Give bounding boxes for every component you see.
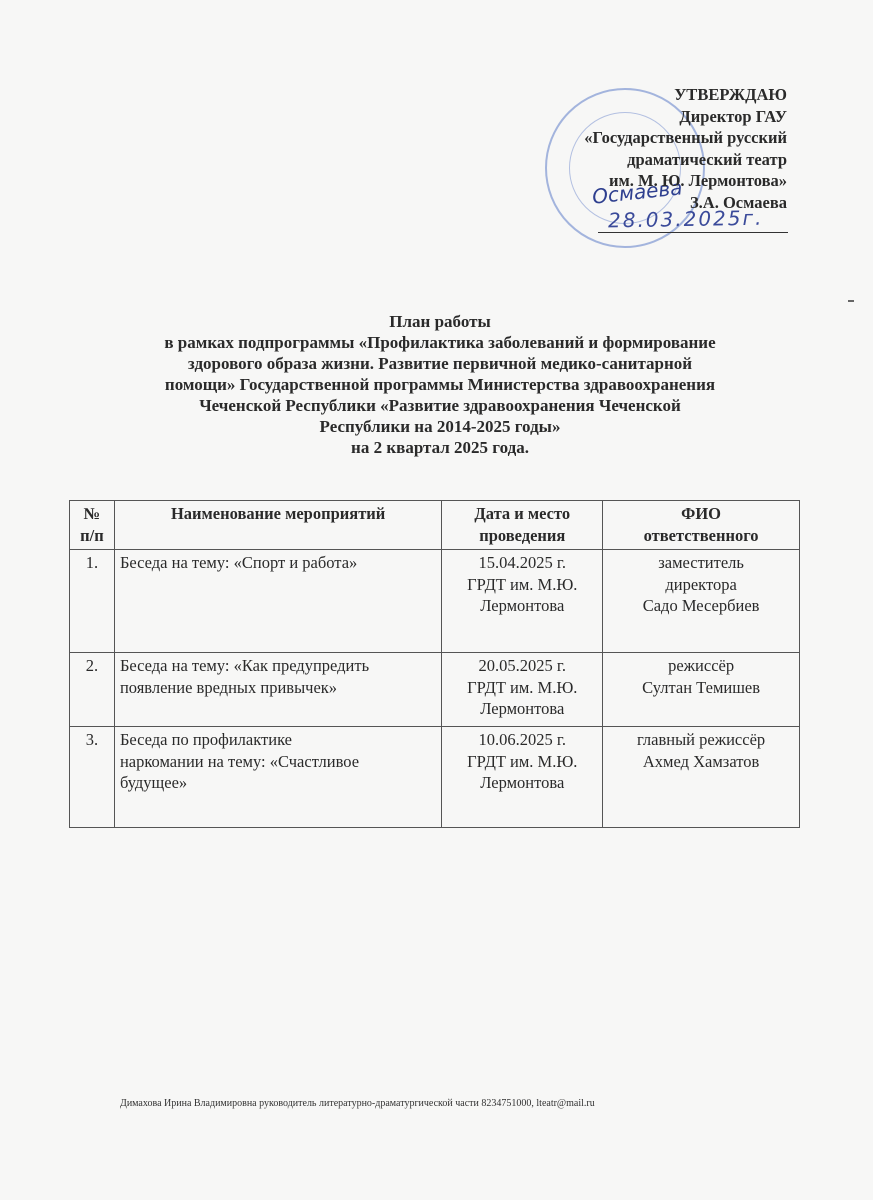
approval-position: Директор ГАУ (487, 106, 787, 128)
header-resp-line-2: ответственного (608, 525, 794, 547)
event-line: появление вредных привычек» (120, 677, 436, 699)
row-event: Беседа на тему: «Спорт и работа» (114, 550, 441, 653)
responsible-line: Султан Темишев (608, 677, 794, 699)
responsible-line: Садо Месербиев (608, 595, 794, 617)
event-line: будущее» (120, 772, 436, 794)
date-line: 20.05.2025 г. (447, 655, 597, 677)
plan-table: № п/п Наименование мероприятий Дата и ме… (69, 500, 800, 828)
place-line: ГРДТ им. М.Ю. (447, 677, 597, 699)
title-line-6: Республики на 2014-2025 годы» (60, 416, 820, 437)
approval-block: УТВЕРЖДАЮ Директор ГАУ «Государственный … (487, 84, 787, 213)
title-line-2: в рамках подпрограммы «Профилактика забо… (60, 332, 820, 353)
responsible-line: директора (608, 574, 794, 596)
title-line-7: на 2 квартал 2025 года. (60, 437, 820, 458)
row-number: 3. (70, 727, 115, 828)
row-responsible: заместитель директора Садо Месербиев (603, 550, 800, 653)
row-event: Беседа по профилактике наркомании на тем… (114, 727, 441, 828)
event-line: наркомании на тему: «Счастливое (120, 751, 436, 773)
place-line: Лермонтова (447, 772, 597, 794)
date-line: 15.04.2025 г. (447, 552, 597, 574)
header-number-line-2: п/п (75, 525, 109, 547)
header-event: Наименование мероприятий (114, 501, 441, 550)
row-responsible: режиссёр Султан Темишев (603, 653, 800, 727)
approval-org-line-2: драматический театр (487, 149, 787, 171)
place-line: ГРДТ им. М.Ю. (447, 751, 597, 773)
header-resp-line-1: ФИО (608, 503, 794, 525)
title-line-1: План работы (60, 311, 820, 332)
event-line: Беседа по профилактике (120, 729, 436, 751)
row-date-place: 10.06.2025 г. ГРДТ им. М.Ю. Лермонтова (442, 727, 603, 828)
row-number: 2. (70, 653, 115, 727)
event-line: Беседа на тему: «Как предупредить (120, 655, 436, 677)
title-line-4: помощи» Государственной программы Минист… (60, 374, 820, 395)
header-number-line-1: № (75, 503, 109, 525)
header-date-line-2: проведения (447, 525, 597, 547)
responsible-line: заместитель (608, 552, 794, 574)
table-row: 1. Беседа на тему: «Спорт и работа» 15.0… (70, 550, 800, 653)
row-event: Беседа на тему: «Как предупредить появле… (114, 653, 441, 727)
approval-heading: УТВЕРЖДАЮ (487, 84, 787, 106)
table-header-row: № п/п Наименование мероприятий Дата и ме… (70, 501, 800, 550)
header-responsible: ФИО ответственного (603, 501, 800, 550)
signature-line (598, 232, 788, 233)
table-row: 3. Беседа по профилактике наркомании на … (70, 727, 800, 828)
approval-org-line-1: «Государственный русский (487, 127, 787, 149)
row-responsible: главный режиссёр Ахмед Хамзатов (603, 727, 800, 828)
header-date-place: Дата и место проведения (442, 501, 603, 550)
responsible-line: режиссёр (608, 655, 794, 677)
row-number: 1. (70, 550, 115, 653)
responsible-line: Ахмед Хамзатов (608, 751, 794, 773)
document-title: План работы в рамках подпрограммы «Профи… (60, 311, 820, 458)
title-line-3: здорового образа жизни. Развитие первичн… (60, 353, 820, 374)
event-line: Беседа на тему: «Спорт и работа» (120, 552, 436, 574)
header-number: № п/п (70, 501, 115, 550)
scan-mark (848, 300, 854, 302)
header-date-line-1: Дата и место (447, 503, 597, 525)
title-line-5: Чеченской Республики «Развитие здравоохр… (60, 395, 820, 416)
place-line: Лермонтова (447, 595, 597, 617)
footer-contact: Димахова Ирина Владимировна руководитель… (120, 1098, 595, 1109)
header-event-line-1: Наименование мероприятий (120, 503, 436, 525)
row-date-place: 20.05.2025 г. ГРДТ им. М.Ю. Лермонтова (442, 653, 603, 727)
row-date-place: 15.04.2025 г. ГРДТ им. М.Ю. Лермонтова (442, 550, 603, 653)
responsible-line: главный режиссёр (608, 729, 794, 751)
place-line: ГРДТ им. М.Ю. (447, 574, 597, 596)
approval-date: 28.03.2025г. (608, 206, 764, 233)
place-line: Лермонтова (447, 698, 597, 720)
date-line: 10.06.2025 г. (447, 729, 597, 751)
approval-org-line-3: им. М. Ю. Лермонтова» (487, 170, 787, 192)
table-row: 2. Беседа на тему: «Как предупредить поя… (70, 653, 800, 727)
